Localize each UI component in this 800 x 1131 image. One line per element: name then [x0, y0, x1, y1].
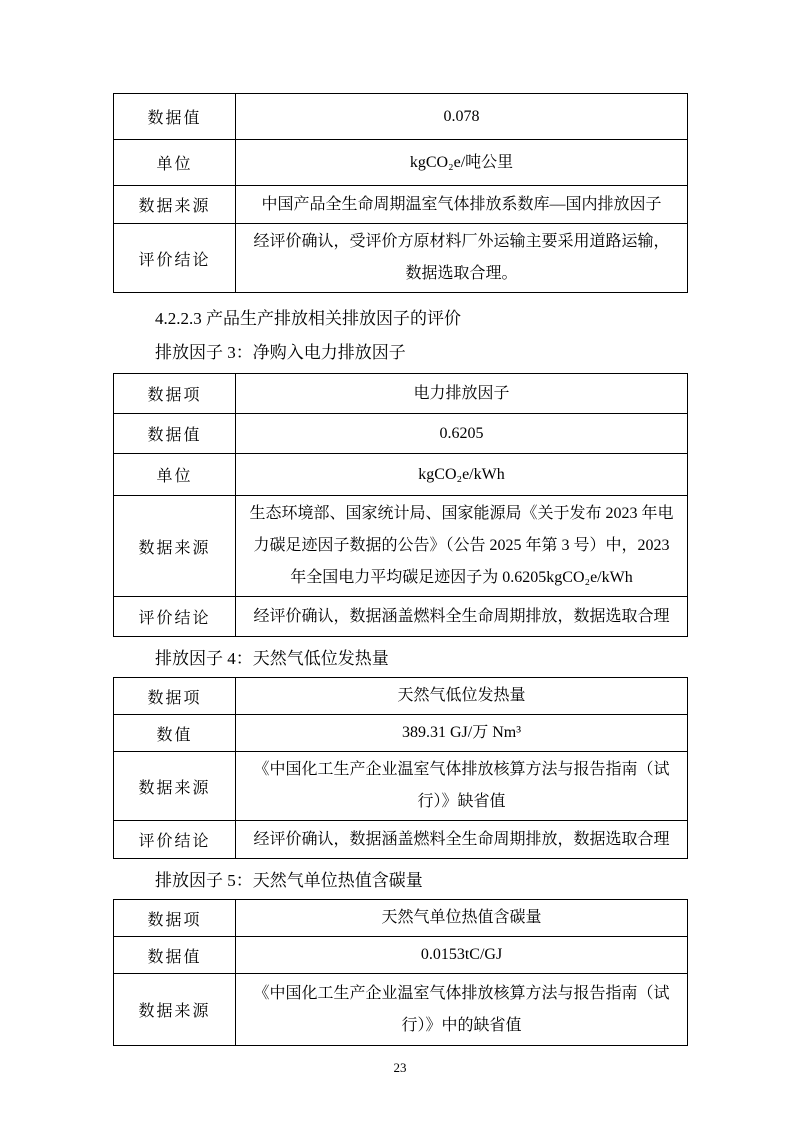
table-row: 数据来源 中国产品全生命周期温室气体排放系数库—国内排放因子: [114, 186, 688, 224]
table-row: 评价结论 经评价确认，数据涵盖燃料全生命周期排放，数据选取合理: [114, 597, 688, 637]
row-label: 数据项: [114, 678, 236, 715]
row-value: 经评价确认，数据涵盖燃料全生命周期排放，数据选取合理: [236, 597, 688, 637]
row-label: 数据值: [114, 94, 236, 140]
row-value: 389.31 GJ/万 Nm³: [236, 715, 688, 752]
factor4-heading: 排放因子 4：天然气低位发热量: [155, 647, 800, 671]
row-label: 数据项: [114, 374, 236, 414]
table-transport-emission-factor: 数据值 0.078 单位 kgCO₂e/吨公里 数据来源 中国产品全生命周期温室…: [113, 93, 688, 293]
row-value: 《中国化工生产企业温室气体排放核算方法与报告指南（试行）》中的缺省值: [236, 974, 688, 1046]
row-label: 数据来源: [114, 186, 236, 224]
table-row: 数据值 0.6205: [114, 414, 688, 454]
row-label: 评价结论: [114, 597, 236, 637]
row-label: 数据值: [114, 937, 236, 974]
row-value: 经评价确认，受评价方原材料厂外运输主要采用道路运输，数据选取合理。: [236, 224, 688, 293]
factor3-heading: 排放因子 3：净购入电力排放因子: [155, 341, 800, 365]
table-row: 数据来源 《中国化工生产企业温室气体排放核算方法与报告指南（试行）》中的缺省值: [114, 974, 688, 1046]
table-row: 数据项 电力排放因子: [114, 374, 688, 414]
row-label: 评价结论: [114, 821, 236, 859]
row-label: 数据值: [114, 414, 236, 454]
row-value: 0.6205: [236, 414, 688, 454]
table-row: 评价结论 经评价确认，受评价方原材料厂外运输主要采用道路运输，数据选取合理。: [114, 224, 688, 293]
page-number: 23: [0, 1060, 800, 1076]
table-electricity-emission-factor: 数据项 电力排放因子 数据值 0.6205 单位 kgCO₂e/kWh 数据来源…: [113, 373, 688, 637]
row-value: 天然气单位热值含碳量: [236, 900, 688, 937]
row-value: kgCO₂e/kWh: [236, 454, 688, 496]
section-heading: 4.2.2.3 产品生产排放相关排放因子的评价: [155, 307, 800, 331]
row-value: kgCO₂e/吨公里: [236, 140, 688, 186]
table-natural-gas-carbon-content: 数据项 天然气单位热值含碳量 数据值 0.0153tC/GJ 数据来源 《中国化…: [113, 899, 688, 1046]
table-row: 数据值 0.0153tC/GJ: [114, 937, 688, 974]
table-row: 数据来源 《中国化工生产企业温室气体排放核算方法与报告指南（试行）》缺省值: [114, 752, 688, 821]
row-label: 数据项: [114, 900, 236, 937]
row-value: 0.078: [236, 94, 688, 140]
row-value: 《中国化工生产企业温室气体排放核算方法与报告指南（试行）》缺省值: [236, 752, 688, 821]
row-value: 电力排放因子: [236, 374, 688, 414]
row-label: 单位: [114, 140, 236, 186]
row-label: 评价结论: [114, 224, 236, 293]
row-label: 数据来源: [114, 496, 236, 597]
table-row: 数据来源 生态环境部、国家统计局、国家能源局《关于发布 2023 年电力碳足迹因…: [114, 496, 688, 597]
table-row: 数据项 天然气低位发热量: [114, 678, 688, 715]
table-row: 数据值 0.078: [114, 94, 688, 140]
table-row: 评价结论 经评价确认，数据涵盖燃料全生命周期排放，数据选取合理: [114, 821, 688, 859]
document-page: 数据值 0.078 单位 kgCO₂e/吨公里 数据来源 中国产品全生命周期温室…: [0, 0, 800, 1131]
factor5-heading: 排放因子 5：天然气单位热值含碳量: [155, 869, 800, 893]
table-natural-gas-heating-value: 数据项 天然气低位发热量 数值 389.31 GJ/万 Nm³ 数据来源 《中国…: [113, 677, 688, 859]
row-label: 单位: [114, 454, 236, 496]
table-row: 数据项 天然气单位热值含碳量: [114, 900, 688, 937]
row-value: 生态环境部、国家统计局、国家能源局《关于发布 2023 年电力碳足迹因子数据的公…: [236, 496, 688, 597]
table-row: 数值 389.31 GJ/万 Nm³: [114, 715, 688, 752]
row-value: 0.0153tC/GJ: [236, 937, 688, 974]
table-row: 单位 kgCO₂e/吨公里: [114, 140, 688, 186]
table-row: 单位 kgCO₂e/kWh: [114, 454, 688, 496]
row-label: 数据来源: [114, 752, 236, 821]
row-value: 中国产品全生命周期温室气体排放系数库—国内排放因子: [236, 186, 688, 224]
row-value: 经评价确认，数据涵盖燃料全生命周期排放，数据选取合理: [236, 821, 688, 859]
row-label: 数值: [114, 715, 236, 752]
row-value: 天然气低位发热量: [236, 678, 688, 715]
row-label: 数据来源: [114, 974, 236, 1046]
